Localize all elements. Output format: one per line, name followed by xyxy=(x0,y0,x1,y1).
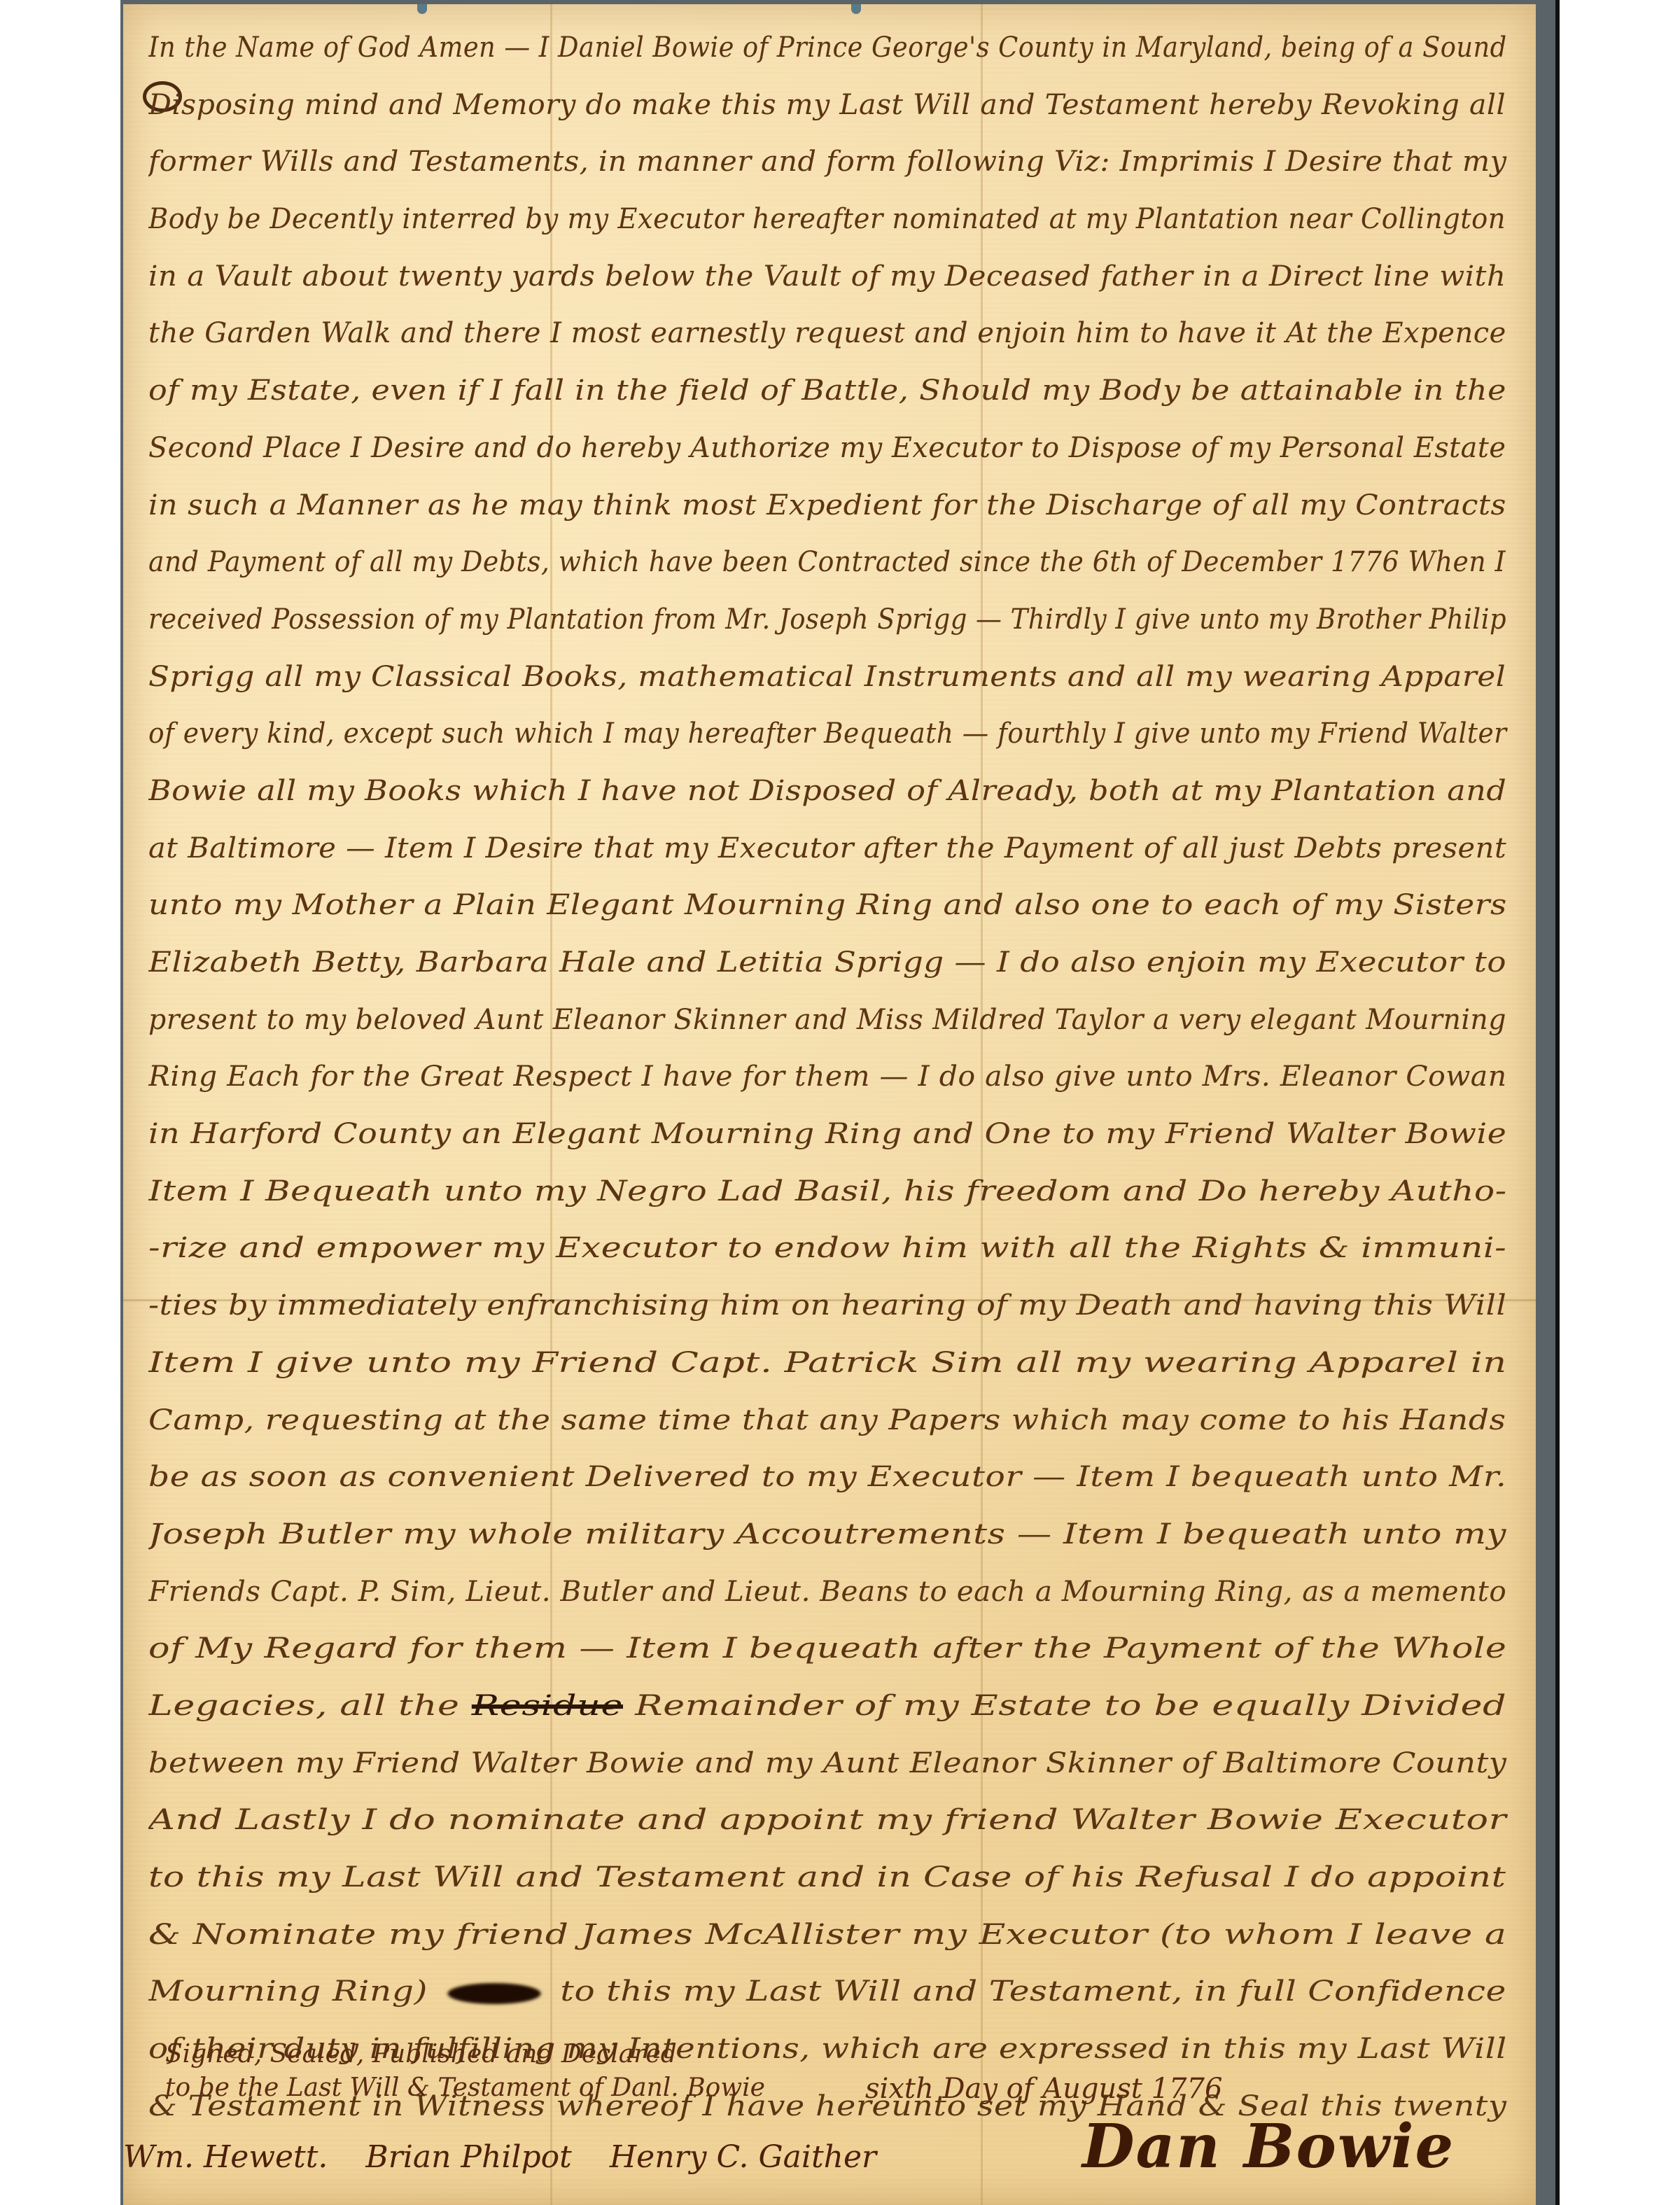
manuscript-line: at Baltimore — Item I Desire that my Exe… xyxy=(148,820,1513,878)
will-date: sixth Day of August 1776 xyxy=(865,2073,1222,2105)
manuscript-line: & Nominate my friend James McAllister my… xyxy=(148,1907,1513,1964)
witness-signatures: Wm. Hewett. Brian Philpot Henry C. Gaith… xyxy=(123,2139,904,2175)
manuscript-line: Friends Capt. P. Sim, Lieut. Butler and … xyxy=(148,1564,1513,1621)
manuscript-line: of every kind, except such which I may h… xyxy=(148,706,1513,763)
manuscript-line: And Lastly I do nominate and appoint my … xyxy=(148,1792,1513,1849)
manuscript-line: present to my beloved Aunt Eleanor Skinn… xyxy=(148,992,1513,1049)
witness-name: Henry C. Gaither xyxy=(610,2139,876,2175)
ink-blot xyxy=(447,1983,540,2004)
manuscript-line: received Possession of my Plantation fro… xyxy=(148,591,1513,649)
manuscript-line: Joseph Butler my whole military Accoutre… xyxy=(148,1506,1513,1564)
manuscript-line: Bowie all my Books which I have not Disp… xyxy=(148,763,1513,820)
manuscript-line: Body be Decently interred by my Executor… xyxy=(148,191,1513,248)
manuscript-line: Item I give unto my Friend Capt. Patrick… xyxy=(148,1335,1513,1392)
manuscript-line: in such a Manner as he may think most Ex… xyxy=(148,477,1513,535)
manuscript-line: to this my Last Will and Testament and i… xyxy=(148,1849,1513,1907)
manuscript-line: in Harford County an Elegant Mourning Ri… xyxy=(148,1106,1513,1163)
manuscript-line: Elizabeth Betty, Barbara Hale and Letiti… xyxy=(148,934,1513,992)
manuscript-line: the Garden Walk and there I most earnest… xyxy=(148,305,1513,363)
manuscript-line: Mourning Ring) to this my Last Will and … xyxy=(148,1963,1513,2021)
manuscript-line: and Payment of all my Debts, which have … xyxy=(148,534,1513,591)
manuscript-line: former Wills and Testaments, in manner a… xyxy=(148,134,1513,191)
manuscript-line: be as soon as convenient Delivered to my… xyxy=(148,1449,1513,1506)
manuscript-line: between my Friend Walter Bowie and my Au… xyxy=(148,1735,1513,1793)
manuscript-line: Sprigg all my Classical Books, mathemati… xyxy=(148,649,1513,706)
manuscript-line: Item I Bequeath unto my Negro Lad Basil,… xyxy=(148,1163,1513,1221)
attestation-clause: Signed, Sealed, Published and Declared t… xyxy=(165,2038,765,2105)
manuscript-line: In the Name of God Amen — I Daniel Bowie… xyxy=(148,20,1513,77)
manuscript-line: Second Place I Desire and do hereby Auth… xyxy=(148,420,1513,477)
manuscript-page: In the Name of God Amen — I Daniel Bowie… xyxy=(123,4,1536,2205)
attestation-line: to be the Last Will & Testament of Danl.… xyxy=(165,2071,765,2105)
will-body-text: In the Name of God Amen — I Daniel Bowie… xyxy=(148,20,1513,2135)
manuscript-line: Legacies, all the Residue Remainder of m… xyxy=(148,1678,1513,1735)
page-notch xyxy=(851,4,861,14)
manuscript-line: Camp, requesting at the same time that a… xyxy=(148,1392,1513,1450)
witness-name: Brian Philpot xyxy=(365,2139,571,2175)
page-notch xyxy=(417,4,427,14)
manuscript-line: unto my Mother a Plain Elegant Mourning … xyxy=(148,877,1513,934)
manuscript-line: of my Estate, even if I fall in the fiel… xyxy=(148,363,1513,420)
manuscript-line: of My Regard for them — Item I bequeath … xyxy=(148,1620,1513,1678)
manuscript-line: -rize and empower my Executor to endow h… xyxy=(148,1220,1513,1277)
testator-signature: Dan Bowie xyxy=(1082,2111,1455,2182)
manuscript-line: Ring Each for the Great Respect I have f… xyxy=(148,1049,1513,1106)
attestation-line: Signed, Sealed, Published and Declared xyxy=(165,2038,765,2071)
struck-out-word: Residue xyxy=(472,1690,623,1722)
manuscript-line: in a Vault about twenty yards below the … xyxy=(148,248,1513,306)
manuscript-line: Disposing mind and Memory do make this m… xyxy=(148,77,1513,134)
witness-name: Wm. Hewett. xyxy=(123,2139,328,2175)
manuscript-line: -ties by immediately enfranchising him o… xyxy=(148,1277,1513,1335)
